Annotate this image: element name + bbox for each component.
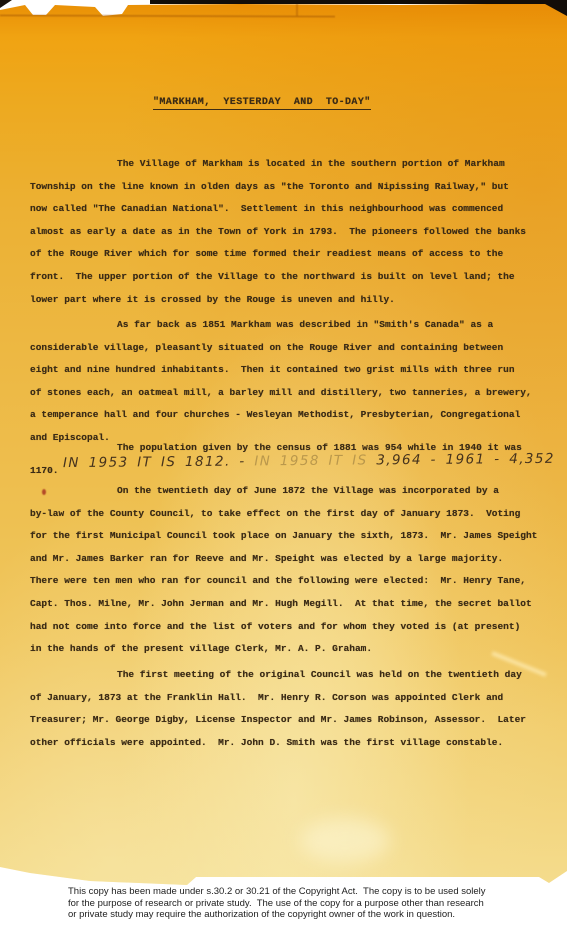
text-line: a temperance hall and four churches - We… — [30, 404, 535, 427]
text-line: now called "The Canadian National". Sett… — [30, 198, 535, 221]
scanner-edge-artifact-left — [0, 0, 12, 8]
paper-crack-line-vertical — [296, 3, 298, 16]
text-line: of January, 1873 at the Franklin Hall. M… — [30, 687, 535, 710]
document-title-text: "MARKHAM, YESTERDAY AND TO-DAY" — [153, 97, 371, 110]
text-line: in the hands of the present village Cler… — [30, 638, 535, 661]
text-line: of the Rouge River which for some time f… — [30, 243, 535, 266]
text-line: by-law of the County Council, to take ef… — [30, 503, 535, 526]
text-line: On the twentieth day of June 1872 the Vi… — [30, 480, 535, 503]
text-line: of stones each, an oatmeal mill, a barle… — [30, 382, 535, 405]
copyright-notice: This copy has been made under s.30.2 or … — [68, 886, 520, 921]
paragraph: On the twentieth day of June 1872 the Vi… — [30, 480, 535, 661]
paragraph: The first meeting of the original Counci… — [30, 664, 535, 754]
copyright-line: or private study may require the authori… — [68, 909, 520, 921]
paragraph: The Village of Markham is located in the… — [30, 153, 535, 311]
copyright-line: This copy has been made under s.30.2 or … — [68, 886, 520, 898]
text-line: Treasurer; Mr. George Digby, License Ins… — [30, 709, 535, 732]
scanner-edge-artifact-top — [150, 0, 567, 4]
paper-stain — [300, 818, 390, 863]
text-line: The Village of Markham is located in the… — [30, 153, 535, 176]
paragraph: As far back as 1851 Markham was describe… — [30, 314, 535, 450]
text-line: As far back as 1851 Markham was describe… — [30, 314, 535, 337]
text-line: lower part where it is crossed by the Ro… — [30, 289, 535, 312]
text-line: almost as early a date as in the Town of… — [30, 221, 535, 244]
copyright-line: for the purpose of research or private s… — [68, 898, 520, 910]
text-line: for the first Municipal Council took pla… — [30, 525, 535, 548]
text-line: other officials were appointed. Mr. John… — [30, 732, 535, 755]
text-line: Township on the line known in olden days… — [30, 176, 535, 199]
text-line: considerable village, pleasantly situate… — [30, 337, 535, 360]
handwriting-segment: IN 1953 IT IS 1812. - — [63, 453, 254, 471]
text-line: front. The upper portion of the Village … — [30, 266, 535, 289]
text-line: had not come into force and the list of … — [30, 616, 535, 639]
text-line: Capt. Thos. Milne, Mr. John Jerman and M… — [30, 593, 535, 616]
handwriting-segment: IN 1958 IT IS — [254, 452, 376, 469]
handwriting-segment: 3,964 - 1961 - 4,352 — [376, 451, 555, 469]
scanned-document: "MARKHAM, YESTERDAY AND TO-DAY" The Vill… — [0, 0, 567, 934]
text-line: eight and nine hundred inhabitants. Then… — [30, 359, 535, 382]
text-line: and Mr. James Barker ran for Reeve and M… — [30, 548, 535, 571]
text-line: There were ten men who ran for council a… — [30, 570, 535, 593]
text-line: The first meeting of the original Counci… — [30, 664, 535, 687]
document-title: "MARKHAM, YESTERDAY AND TO-DAY" — [153, 97, 371, 108]
